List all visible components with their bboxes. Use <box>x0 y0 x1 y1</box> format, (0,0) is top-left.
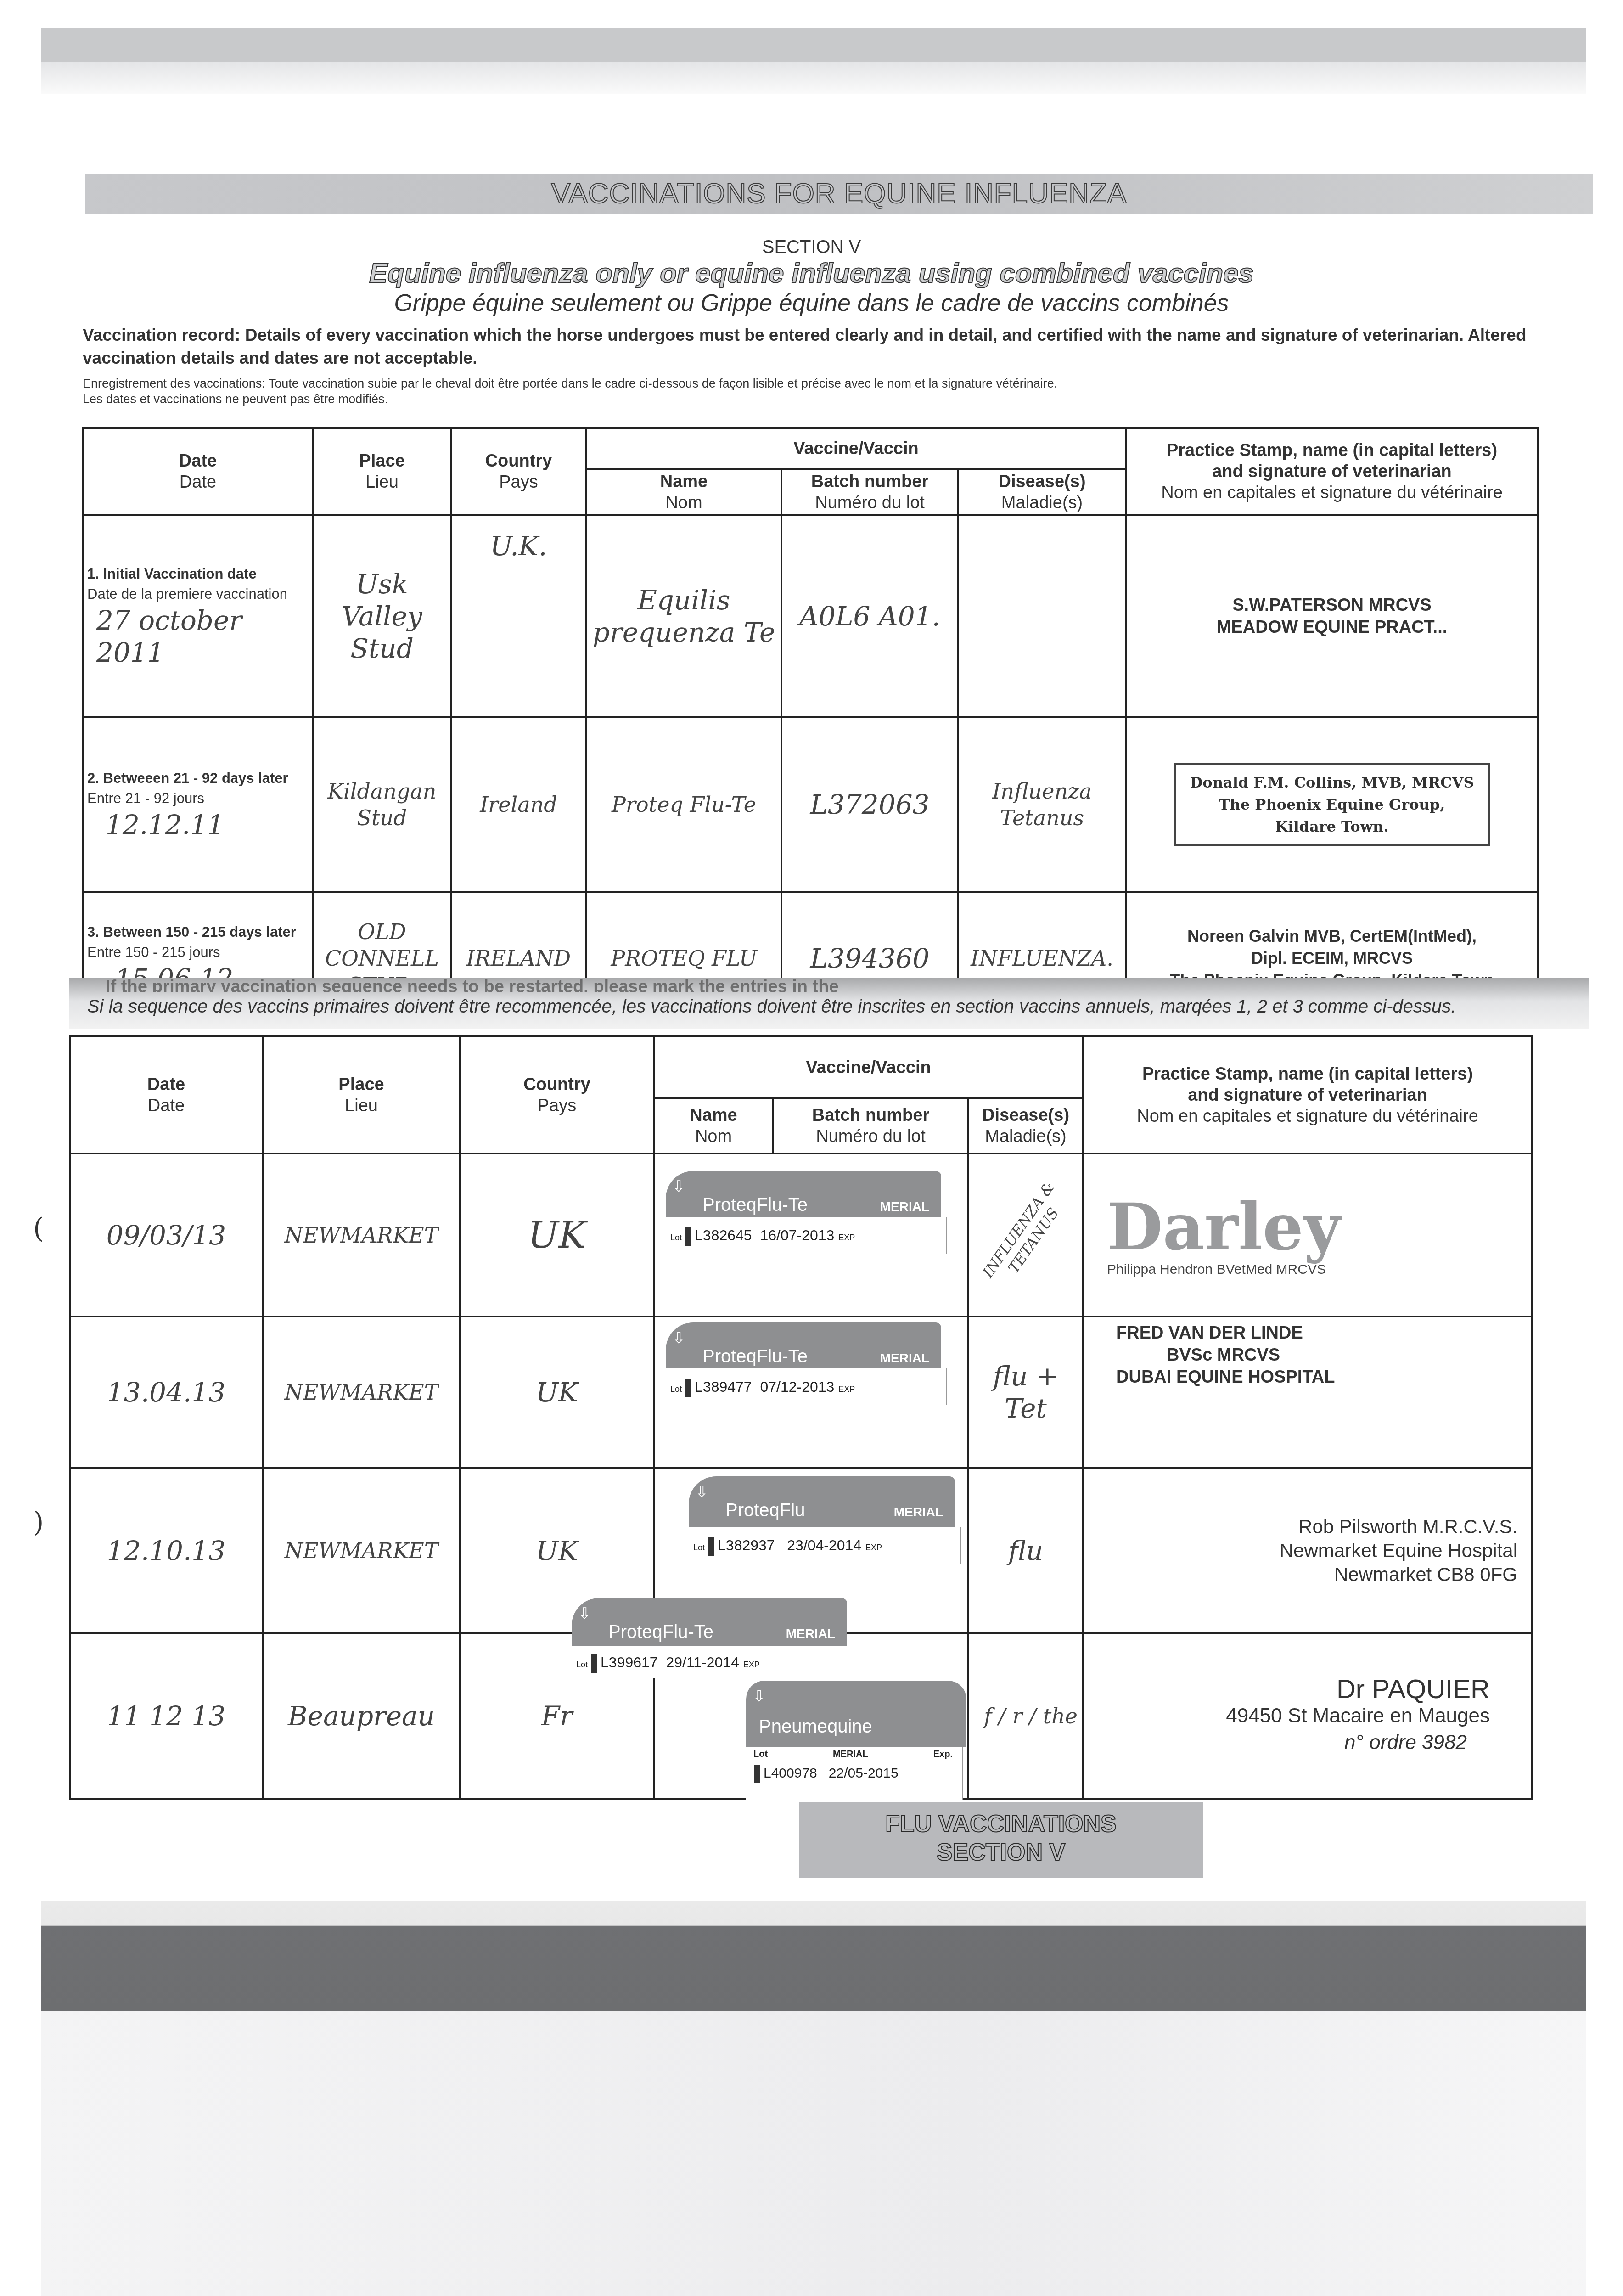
title-en: Equine influenza only or equine influenz… <box>0 257 1623 289</box>
place-value: NEWMARKET <box>263 1468 460 1633</box>
vet-stamp: Rob Pilsworth M.R.C.V.S.Newmarket Equine… <box>1083 1468 1532 1633</box>
place-value: Usk Valley Stud <box>313 515 451 717</box>
sticker-lot: LotL382937 23/04-2014 EXP <box>689 1527 961 1564</box>
col-date: DateDate <box>70 1036 263 1154</box>
col-batch: Batch numberNuméro du lot <box>781 469 958 515</box>
col-stamp: Practice Stamp, name (in capital letters… <box>1083 1036 1532 1154</box>
intro-fr-line2: Les dates et vaccinations ne peuvent pas… <box>83 391 1589 407</box>
arrow-down-icon: ⇩ <box>695 1483 708 1501</box>
arrow-down-icon: ⇩ <box>578 1604 591 1623</box>
sticker-lot: LotL399617 29/11-2014 EXP <box>572 1646 769 1678</box>
date-value: 11 12 13 <box>70 1633 263 1799</box>
col-country: CountryPays <box>460 1036 654 1154</box>
col-place: PlaceLieu <box>263 1036 460 1154</box>
vaccine-sticker-pneumequine: ⇩ Pneumequine <box>746 1681 966 1747</box>
vaccine-sticker: ⇩ ProteqFluMERIAL <box>689 1476 955 1527</box>
vet-stamp: FRED VAN DER LINDEBVSc MRCVSDUBAI EQUINE… <box>1083 1317 1532 1468</box>
footer-line2: SECTION V <box>799 1838 1203 1867</box>
scan-top-fade <box>41 62 1586 94</box>
date-value: 12.12.11 <box>87 809 312 841</box>
place-value: NEWMARKET <box>263 1154 460 1317</box>
vet-stamp: S.W.PATERSON MRCVSMEADOW EQUINE PRACT... <box>1126 515 1538 717</box>
scan-bottom-shadow <box>41 1901 1586 2011</box>
scan-lower-sheet <box>41 2011 1586 2296</box>
disease-value: flu + Tet <box>968 1317 1083 1468</box>
col-vaccine: Vaccine/Vaccin <box>654 1036 1083 1098</box>
restart-note-fr: Si la sequence des vaccins primaires doi… <box>87 996 1456 1017</box>
restart-note-en: If the primary vaccination sequence need… <box>106 977 840 992</box>
footer-line1: FLU VACCINATIONS <box>799 1802 1203 1838</box>
row-label: 1. Initial Vaccination date Date de la p… <box>83 515 313 717</box>
col-name: NameNom <box>654 1098 773 1154</box>
date-value: 13.04.13 <box>70 1317 263 1468</box>
date-value: 09/03/13 <box>70 1154 263 1317</box>
disease-value: Influenza Tetanus <box>958 717 1126 892</box>
vaccine-sticker: ⇩ ProteqFlu-TeMERIAL <box>666 1171 941 1217</box>
arrow-down-icon: ⇩ <box>672 1329 685 1347</box>
country-value: Ireland <box>451 717 586 892</box>
row-label: 2. Betweeen 21 - 92 days later Entre 21 … <box>83 717 313 892</box>
batch-value: A0L6 A01. <box>781 515 958 717</box>
date-value: 27 october 2011 <box>87 604 312 669</box>
vet-stamp: Dr PAQUIER 49450 St Macaire en Mauges n°… <box>1083 1633 1532 1799</box>
darley-logo: Darley <box>1107 1193 1531 1262</box>
disease-value: f / r / the <box>968 1633 1083 1799</box>
disease-value: flu <box>968 1468 1083 1633</box>
scan-top-shadow <box>41 28 1586 62</box>
col-disease: Disease(s)Maladie(s) <box>958 469 1126 515</box>
intro-fr-line1: Enregistrement des vaccinations: Toute v… <box>83 376 1589 391</box>
banner: VACCINATIONS FOR EQUINE INFLUENZA <box>85 174 1593 214</box>
vaccine-sticker: ⇩ ProteqFlu-TeMERIAL <box>572 1598 847 1646</box>
arrow-down-icon: ⇩ <box>672 1177 685 1196</box>
country-value: U.K. <box>451 515 586 717</box>
table-row: 1. Initial Vaccination date Date de la p… <box>83 515 1538 717</box>
country-value: UK <box>460 1317 654 1468</box>
vaccine-sticker: ⇩ ProteqFlu-TeMERIAL <box>666 1322 941 1368</box>
place-value: Kildangan Stud <box>313 717 451 892</box>
banner-title: VACCINATIONS FOR EQUINE INFLUENZA <box>85 174 1593 214</box>
batch-value: L372063 <box>781 717 958 892</box>
vaccine-name-value: Equilis prequenza Te <box>586 515 781 717</box>
sticker-lot: LotL382645 16/07-2013 EXP <box>666 1217 947 1254</box>
col-date: DateDate <box>83 428 313 515</box>
col-place: PlaceLieu <box>313 428 451 515</box>
col-name: NameNom <box>586 469 781 515</box>
sticker-lot: LotMERIALExp. L400978 22/05-2015 <box>746 1747 963 1800</box>
table-row: 2. Betweeen 21 - 92 days later Entre 21 … <box>83 717 1538 892</box>
col-stamp: Practice Stamp, name (in capital letters… <box>1126 428 1538 515</box>
col-batch: Batch numberNuméro du lot <box>773 1098 968 1154</box>
section-label: SECTION V <box>0 237 1623 258</box>
intro-fr: Enregistrement des vaccinations: Toute v… <box>83 376 1589 407</box>
margin-mark: ( <box>33 1212 44 1244</box>
vaccine-name-value: Proteq Flu-Te <box>586 717 781 892</box>
title-fr: Grippe équine seulement ou Grippe équine… <box>0 289 1623 317</box>
col-vaccine: Vaccine/Vaccin <box>586 428 1126 469</box>
margin-mark: ) <box>33 1506 44 1538</box>
disease-value <box>958 515 1126 717</box>
vet-stamp: Darley Philippa Hendron BVetMed MRCVS <box>1083 1154 1532 1317</box>
vet-stamp: Donald F.M. Collins, MVB, MRCVSThe Phoen… <box>1126 717 1538 892</box>
arrow-down-icon: ⇩ <box>753 1687 766 1705</box>
col-country: CountryPays <box>451 428 586 515</box>
date-value: 12.10.13 <box>70 1468 263 1633</box>
sticker-lot: LotL389477 07/12-2013 EXP <box>666 1368 947 1405</box>
col-disease: Disease(s)Maladie(s) <box>968 1098 1083 1154</box>
place-value: Beaupreau <box>263 1633 460 1799</box>
footer-section-box: FLU VACCINATIONS SECTION V <box>799 1802 1203 1878</box>
intro-en: Vaccination record: Details of every vac… <box>83 324 1589 370</box>
place-value: NEWMARKET <box>263 1317 460 1468</box>
country-value: UK <box>460 1154 654 1317</box>
primary-vaccination-table: DateDate PlaceLieu CountryPays Vaccine/V… <box>82 427 1539 1026</box>
